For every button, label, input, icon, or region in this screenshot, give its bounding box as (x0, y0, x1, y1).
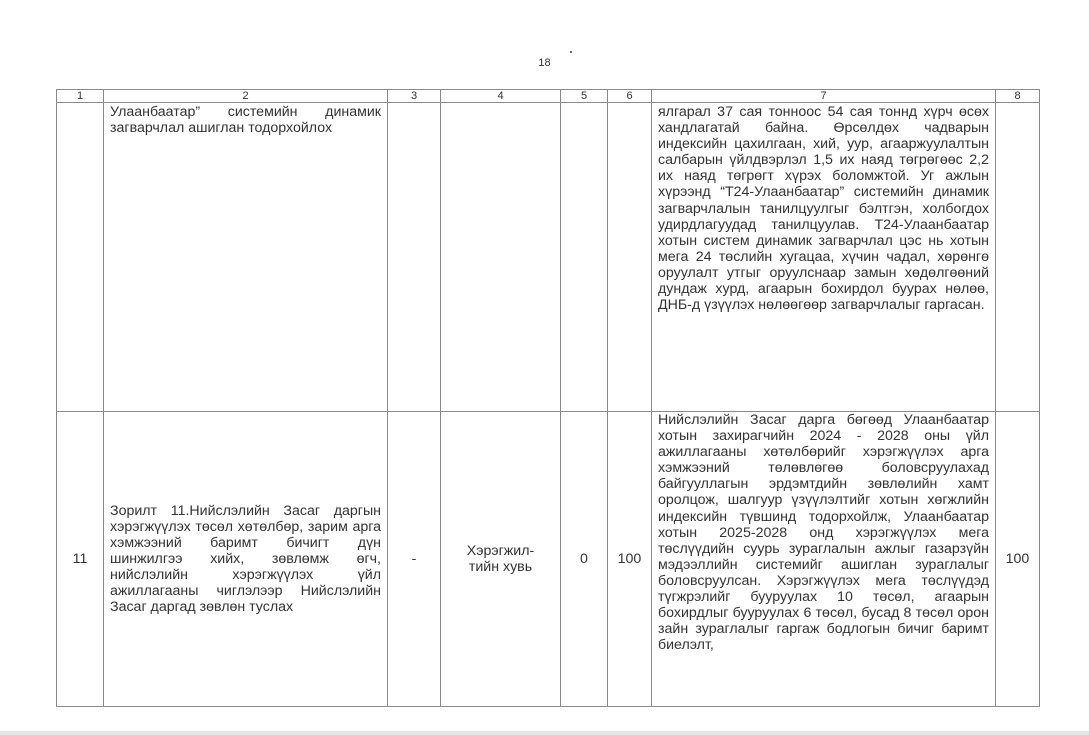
indicator-cell: Хэрэгжил-тийн хувь (441, 412, 561, 707)
row-index (57, 103, 104, 412)
progress-description: ялгарал 37 сая тонноос 54 сая тоннд хүрч… (652, 103, 996, 412)
base-value-cell: 0 (561, 412, 608, 707)
indicator-cell (441, 103, 561, 412)
baseline-cell: - (388, 412, 441, 707)
scan-speck (570, 51, 572, 53)
table-row: Улаанбаатар” системийн динамик загварчла… (57, 103, 1040, 412)
row-index: 11 (57, 412, 104, 707)
column-number: 4 (441, 90, 561, 103)
column-number: 3 (388, 90, 441, 103)
report-table: 1 2 3 4 5 6 7 8 Улаанбаатар” системийн д… (56, 89, 1040, 707)
page-number: 18 (0, 57, 1089, 69)
column-number: 5 (561, 90, 608, 103)
objective-text: Зорилт 11.Нийслэлийн Засаг даргын хэрэгж… (104, 412, 388, 707)
base-value-cell (561, 103, 608, 412)
completion-percent (996, 103, 1040, 412)
column-number: 6 (608, 90, 652, 103)
target-value-cell: 100 (608, 412, 652, 707)
column-number: 7 (652, 90, 996, 103)
objective-text: Улаанбаатар” системийн динамик загварчла… (104, 103, 388, 412)
target-value-cell (608, 103, 652, 412)
column-number: 8 (996, 90, 1040, 103)
page-edge (0, 731, 1089, 735)
column-number: 1 (57, 90, 104, 103)
column-number-row: 1 2 3 4 5 6 7 8 (57, 90, 1040, 103)
table-row: 11 Зорилт 11.Нийслэлийн Засаг даргын хэр… (57, 412, 1040, 707)
baseline-cell (388, 103, 441, 412)
completion-percent: 100 (996, 412, 1040, 707)
column-number: 2 (104, 90, 388, 103)
progress-description: Нийслэлийн Засаг дарга бөгөөд Улаанбаата… (652, 412, 996, 707)
